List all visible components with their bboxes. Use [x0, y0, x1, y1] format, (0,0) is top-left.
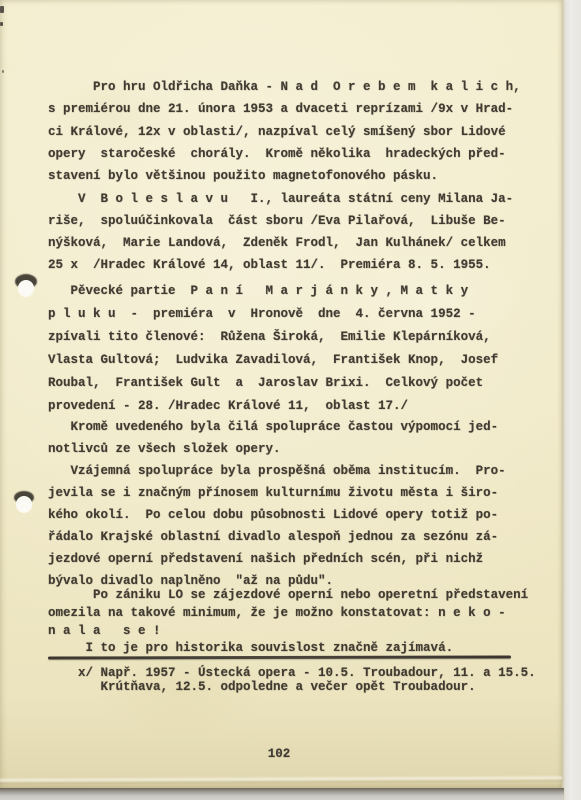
text-line: provedení - 28. /Hradec Králové 11, obla…	[48, 395, 498, 418]
text-line: V B o l e s l a v u I., laureáta státní …	[48, 188, 513, 210]
text-line: notlivců ze všech složek opery.	[48, 438, 498, 460]
text-line: Pěvecké partie P a n í M a r j á n k y ,…	[48, 280, 498, 303]
paragraph-5: Vzájemná spolupráce byla prospěšná oběma…	[48, 460, 506, 592]
footnote: x/ Např. 1957 - Ústecká opera - 10.5. Tr…	[48, 667, 536, 694]
text-line: jezdové operní představení našich přední…	[48, 548, 506, 570]
punch-hole-bottom	[16, 494, 32, 510]
punch-hole-top	[18, 278, 34, 294]
text-line: Kromě uvedeného byla čilá spolupráce čas…	[48, 416, 498, 438]
text-line: Po zániku LO se zájezdové operní nebo op…	[48, 586, 528, 604]
scanned-document-page: Pro hru Oldřicha Daňka - N a d O r e b e…	[0, 0, 581, 800]
paper-crease	[0, 775, 564, 785]
text-line: s premiérou dne 21. února 1953 a dvaceti…	[48, 98, 521, 120]
text-line: p l u k u - premiéra v Hronově dne 4. če…	[48, 303, 498, 326]
text-line: opery staročeské chorály. Kromě několika…	[48, 143, 521, 165]
footnote-separator-line	[48, 656, 511, 660]
page-number: 102	[48, 744, 510, 762]
paper-speck	[0, 22, 3, 26]
text-line: Vlasta Gultová; Ludvika Zavadilová, Fran…	[48, 349, 498, 372]
text-line: riše, spoluúčinkovala část sboru /Eva Pi…	[48, 210, 513, 232]
text-line: stavení bylo většinou použito magnetofon…	[48, 165, 521, 187]
paper-speck	[0, 6, 4, 13]
text-line: nýšková, Marie Landová, Zdeněk Frodl, Ja…	[48, 232, 513, 254]
text-line: Roubal, František Gult a Jaroslav Brixi.…	[48, 372, 498, 395]
punch-hole-opening	[16, 496, 32, 512]
text-line: řádalo Krajské oblastní divadlo alespoň …	[48, 526, 506, 548]
paper-speck	[2, 70, 4, 73]
paragraph-1: Pro hru Oldřicha Daňka - N a d O r e b e…	[48, 76, 521, 187]
page-number-value: 102	[268, 747, 291, 761]
text-line: jevila se i značným přínosem kulturnímu …	[48, 482, 506, 504]
text-line: n a l a s e !	[48, 622, 528, 640]
scan-edge-bottom	[0, 788, 564, 800]
paragraph-3: Pěvecké partie P a n í M a r j á n k y ,…	[48, 280, 498, 418]
footnote-line: Krútňava, 12.5. odpoledne a večer opět T…	[48, 681, 536, 695]
text-line: I to je pro historika souvislost značně …	[48, 640, 453, 656]
text-line: zpívali tito členové: Růžena Široká, Emi…	[48, 326, 498, 349]
paragraph-2: V B o l e s l a v u I., laureáta státní …	[48, 188, 513, 276]
scan-edge-right	[562, 0, 581, 800]
text-line: omezila na takové minimum, že je možno k…	[48, 604, 528, 622]
paragraph-6: Po zániku LO se zájezdové operní nebo op…	[48, 586, 528, 640]
footnote-line: x/ Např. 1957 - Ústecká opera - 10.5. Tr…	[48, 667, 536, 681]
paragraph-7: I to je pro historika souvislost značně …	[48, 640, 453, 656]
text-line: Pro hru Oldřicha Daňka - N a d O r e b e…	[48, 76, 521, 98]
text-line: 25 x /Hradec Králové 14, oblast 11/. Pre…	[48, 254, 513, 276]
punch-hole-opening	[18, 280, 34, 296]
text-line: kého okolí. Po celou dobu působnosti Lid…	[48, 504, 506, 526]
text-line: Vzájemná spolupráce byla prospěšná oběma…	[48, 460, 506, 482]
paragraph-4: Kromě uvedeného byla čilá spolupráce čas…	[48, 416, 498, 460]
text-line: ci Králové, 12x v oblasti/, nazpíval cel…	[48, 121, 521, 143]
paper-sheet: Pro hru Oldřicha Daňka - N a d O r e b e…	[0, 0, 564, 790]
